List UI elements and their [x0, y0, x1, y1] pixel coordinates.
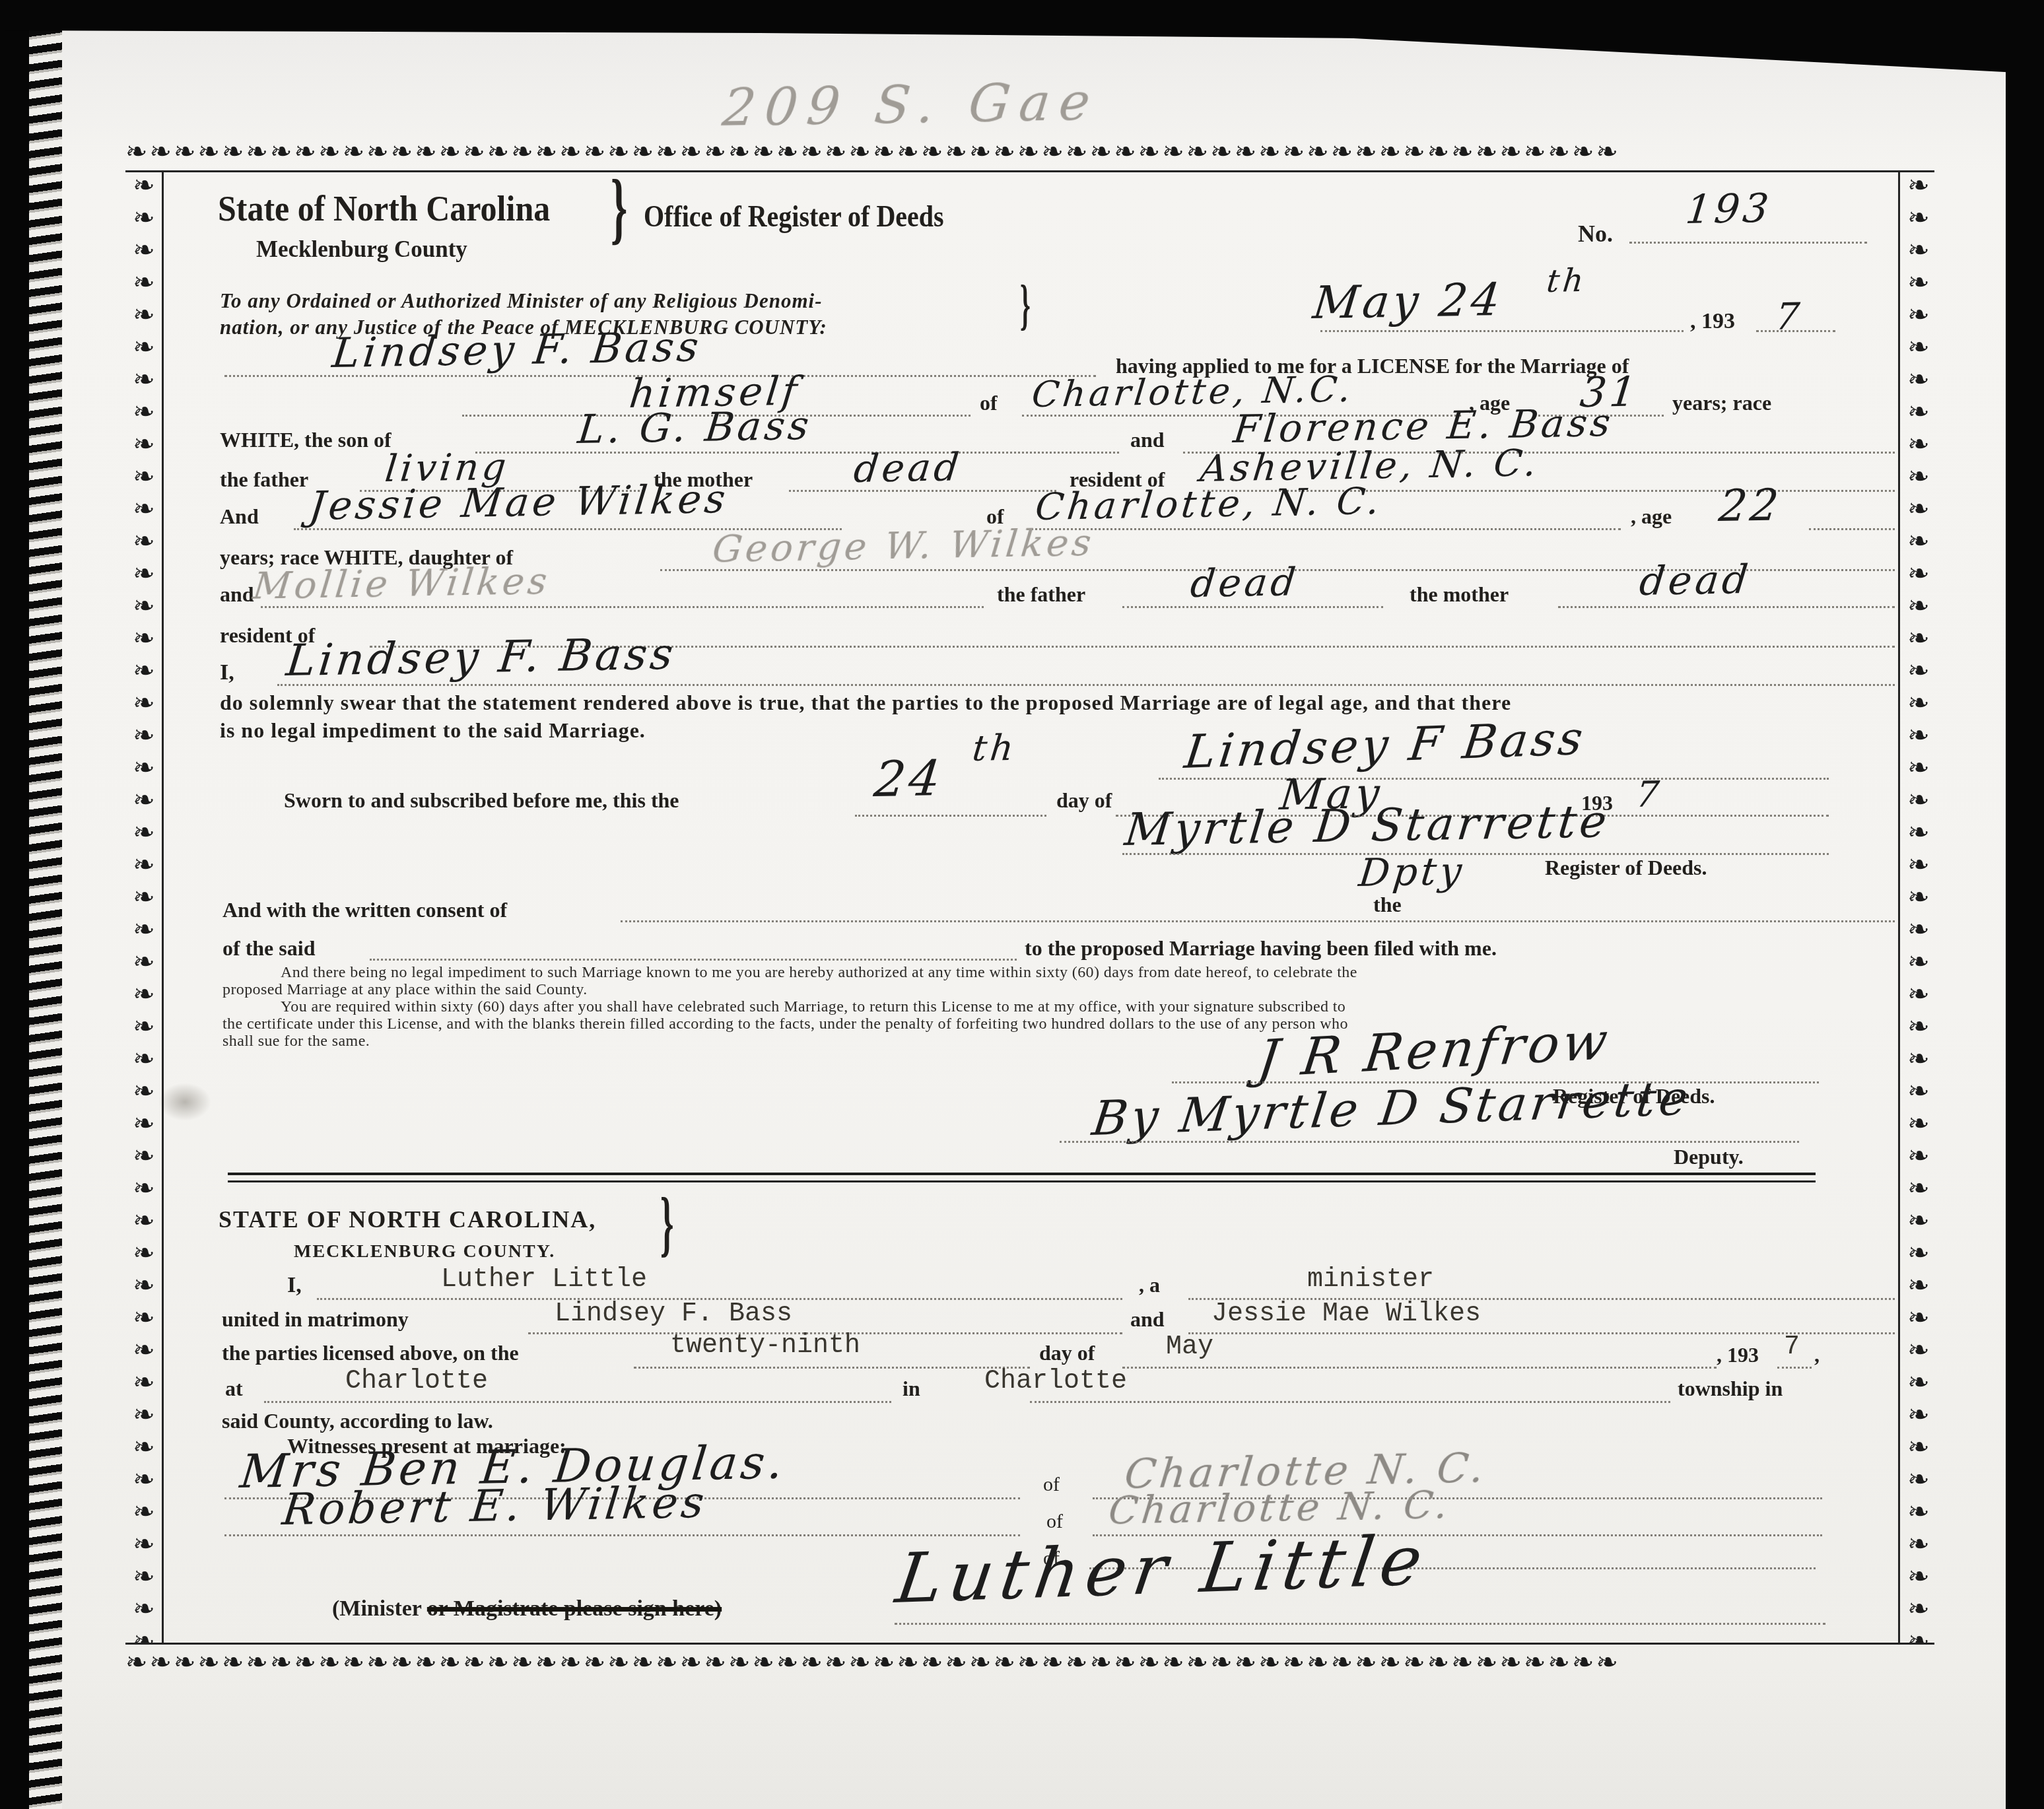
blank-line [1809, 496, 1895, 530]
blank-line [1122, 821, 1829, 855]
blank-line [1558, 574, 1895, 608]
blank-line [855, 783, 1046, 817]
scanned-marriage-license-page: 209 S. Gae ❧❧❧❧❧❧❧❧❧❧❧❧❧❧❧❧❧❧❧❧❧❧❧❧❧❧❧❧❧… [0, 0, 2044, 1809]
section-divider-rule [228, 1173, 1816, 1182]
a-label: , a [1139, 1273, 1160, 1297]
office-title: Office of Register of Deeds [644, 198, 944, 234]
father-label-1: the father [220, 467, 308, 492]
certificate-i-label: I, [287, 1273, 302, 1298]
intro-brace: } [1020, 272, 1031, 337]
sworn-text: Sworn to and subscribed before me, this … [284, 788, 679, 813]
certificate-county-title: MECKLENBURG COUNTY. [294, 1241, 555, 1262]
fine-print-2-line-3: shall sue for the same. [222, 1033, 370, 1050]
blank-line [1122, 1335, 1717, 1369]
certificate-year-printed: , 193 [1717, 1343, 1759, 1367]
border-ornament-top: ❧❧❧❧❧❧❧❧❧❧❧❧❧❧❧❧❧❧❧❧❧❧❧❧❧❧❧❧❧❧❧❧❧❧❧❧❧❧❧❧… [125, 134, 1934, 172]
scanner-background-right [2006, 0, 2044, 1809]
of-the-said-label: of the said [222, 936, 315, 961]
blank-line [277, 652, 1895, 686]
blank-line [261, 574, 984, 608]
blank-line [1060, 1109, 1799, 1143]
pencil-corner-note: 209 S. Gae [720, 73, 1103, 139]
border-ornament-bottom: ❧❧❧❧❧❧❧❧❧❧❧❧❧❧❧❧❧❧❧❧❧❧❧❧❧❧❧❧❧❧❧❧❧❧❧❧❧❧❧❧… [125, 1643, 1934, 1682]
and-label-1: and [1130, 428, 1165, 452]
certificate-brace: } [660, 1184, 674, 1266]
ink-smudge [158, 1083, 211, 1121]
and-label-2: And [220, 504, 259, 529]
certificate-state-title: STATE OF NORTH CAROLINA, [219, 1206, 596, 1233]
blank-line [528, 1301, 1122, 1334]
blank-line [264, 1369, 891, 1403]
sign-caption: (Minister or Magistrate please sign here… [332, 1596, 722, 1621]
license-number-label: No. [1578, 220, 1613, 248]
witness-2-of-label: of [1046, 1511, 1063, 1533]
bride-age-handwritten: 22 [1717, 479, 1784, 531]
fine-print-2-line-1: You are required within sixty (60) days … [281, 998, 1346, 1016]
blank-line [1159, 746, 1829, 780]
scan-torn-edge [29, 30, 62, 1809]
blank-line [317, 1266, 1122, 1300]
border-ornament-right: ❧❧❧❧❧❧❧❧❧❧❧❧❧❧❧❧❧❧❧❧❧❧❧❧❧❧❧❧❧❧❧❧❧❧❧❧❧❧❧❧… [1898, 170, 1936, 1643]
year-printed: , 193 [1690, 309, 1735, 334]
township-label: township in [1678, 1377, 1783, 1401]
affidavit-i-label: I, [220, 660, 234, 685]
certificate-and-label: and [1130, 1307, 1165, 1332]
parties-label: the parties licensed above, on the [222, 1341, 519, 1365]
blank-line [1756, 298, 1835, 332]
united-label: united in matrimony [222, 1307, 409, 1332]
blank-line [1320, 298, 1684, 332]
blank-line [634, 1335, 1030, 1369]
at-label: at [225, 1377, 243, 1401]
affidavit-line-1: do solemnly swear that the statement ren… [220, 691, 1511, 715]
and-label-3: and [220, 582, 254, 607]
mother-label-2: the mother [1410, 582, 1509, 607]
state-title: State of North Carolina [218, 187, 550, 229]
age-label-2: , age [1631, 504, 1672, 529]
white-son-label: WHITE, the son of [220, 428, 392, 452]
blank-line [1188, 1301, 1895, 1334]
blank-line [1030, 1369, 1670, 1403]
father-label-2: the father [997, 582, 1085, 607]
witness-1-of-label: of [1043, 1474, 1060, 1496]
affidavit-line-2: is no legal impediment to the said Marri… [220, 718, 646, 743]
blank-line [1629, 210, 1867, 244]
consent-tail: to the proposed Marriage having been fil… [1025, 936, 1497, 961]
years-race-label: years; race [1672, 391, 1771, 415]
blank-line [789, 458, 1056, 492]
license-date-suffix: th [1545, 262, 1588, 300]
fine-print-1-line-1: And there being no legal impediment to s… [281, 964, 1357, 982]
of-label-1: of [980, 391, 998, 415]
deputy-label: Deputy. [1674, 1145, 1744, 1169]
register-of-deeds-label-1: Register of Deeds. [1545, 856, 1707, 880]
sworn-day-suffix: th [971, 727, 1019, 769]
sign-caption-pre: (Minister [332, 1596, 427, 1621]
consent-line: And with the written consent of [222, 898, 507, 922]
blank-line [621, 889, 1895, 922]
sign-caption-struck: or Magistrate please sign here) [427, 1596, 722, 1621]
border-ornament-left: ❧❧❧❧❧❧❧❧❧❧❧❧❧❧❧❧❧❧❧❧❧❧❧❧❧❧❧❧❧❧❧❧❧❧❧❧❧❧❧❧… [125, 170, 164, 1643]
blank-line [475, 420, 1119, 454]
intro-line-1: To any Ordained or Authorized Minister o… [220, 289, 822, 313]
fine-print-1-line-2: proposed Marriage at any place within th… [222, 981, 588, 999]
blank-line [1122, 574, 1383, 608]
according-label: said County, according to law. [222, 1409, 493, 1433]
blank-line [895, 1591, 1825, 1625]
sworn-day-of-label: day of [1056, 788, 1112, 813]
blank-line [224, 1503, 1020, 1536]
county-title: Mecklenburg County [256, 236, 467, 263]
blank-line [370, 927, 1017, 961]
fine-print-2-line-2: the certificate under this License, and … [222, 1015, 1348, 1033]
year-comma: , [1814, 1343, 1820, 1367]
blank-line [1777, 1335, 1812, 1369]
in-label: in [903, 1377, 920, 1401]
blank-line [1027, 496, 1621, 530]
blank-line [1188, 1266, 1895, 1300]
header-brace: } [611, 162, 627, 255]
blank-line [294, 496, 842, 530]
certificate-day-of-label: day of [1039, 1341, 1095, 1365]
